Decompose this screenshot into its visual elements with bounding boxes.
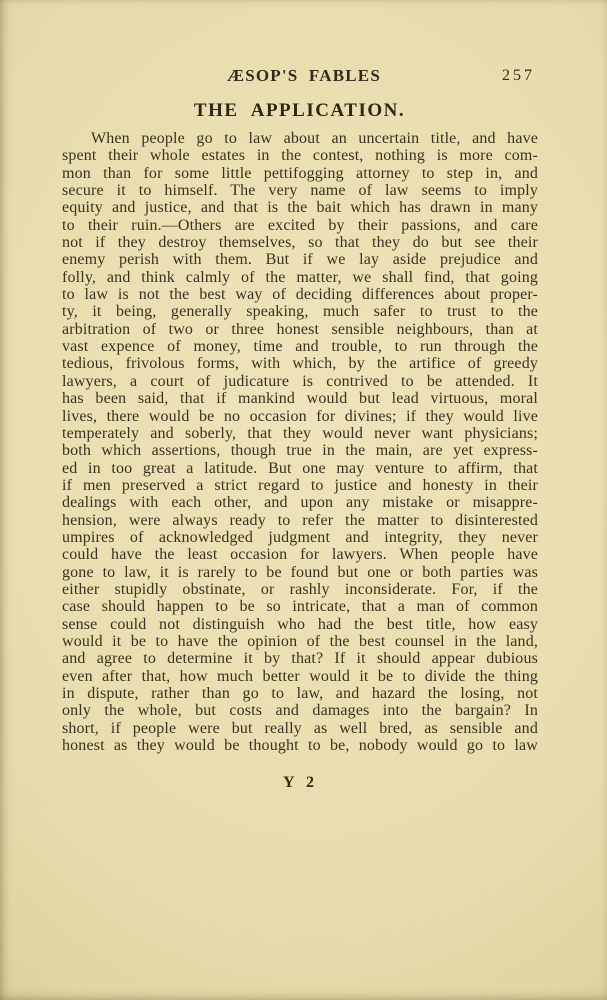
- text-line: even after that, how much better would i…: [62, 668, 538, 685]
- text-line: in dispute, rather than go to law, and h…: [62, 685, 538, 702]
- text-line: mon than for some little pettifogging at…: [62, 165, 538, 182]
- text-line: to law is not the best way of deciding d…: [62, 286, 538, 303]
- text-line: short, if people were but really as well…: [62, 720, 538, 737]
- body-text: When people go to law about an uncertain…: [62, 130, 538, 754]
- text-line: ty, it being, generally speaking, much s…: [62, 303, 538, 320]
- text-line: has been said, that if mankind would but…: [62, 390, 538, 407]
- text-line: and agree to determine it by that? If it…: [62, 650, 538, 667]
- text-line: could have the least occasion for lawyer…: [62, 546, 538, 563]
- text-line: temperately and soberly, that they would…: [62, 425, 538, 442]
- text-line: hension, were always ready to refer the …: [62, 512, 538, 529]
- text-line: dealings with each other, and upon any m…: [62, 494, 538, 511]
- text-line: equity and justice, and that is the bait…: [62, 199, 538, 216]
- text-line: sense could not distinguish who had the …: [62, 616, 538, 633]
- text-line: umpires of acknowledged judgment and int…: [62, 529, 538, 546]
- text-line: not if they destroy themselves, so that …: [62, 234, 538, 251]
- text-line: vast expence of money, time and trouble,…: [62, 338, 538, 355]
- text-line: secure it to himself. The very name of l…: [62, 182, 538, 199]
- text-line: if men preserved a strict regard to just…: [62, 477, 538, 494]
- text-line: ed in too great a latitude. But one may …: [62, 460, 538, 477]
- running-title: ÆSOP'S FABLES: [71, 66, 537, 86]
- text-line: only the whole, but costs and damages in…: [62, 702, 538, 719]
- text-line: arbitration of two or three honest sensi…: [62, 321, 538, 338]
- text-line: lives, there would be no occasion for di…: [62, 408, 538, 425]
- text-line: spent their whole estates in the contest…: [62, 147, 538, 164]
- text-line: either stupidly obstinate, or rashly inc…: [62, 581, 538, 598]
- text-line: folly, and think calmly of the matter, w…: [62, 269, 538, 286]
- text-line: honest as they would be thought to be, n…: [62, 737, 538, 754]
- page-number: 257: [502, 67, 535, 85]
- page-header: ÆSOP'S FABLES 257: [62, 66, 537, 88]
- book-page: ÆSOP'S FABLES 257 THE APPLICATION. When …: [0, 0, 607, 1000]
- section-title: THE APPLICATION.: [62, 100, 537, 122]
- text-line: tedious, frivolous forms, with which, by…: [62, 355, 538, 372]
- signature-mark: Y 2: [62, 774, 537, 792]
- text-line: gone to law, it is rarely to be found bu…: [62, 564, 538, 581]
- text-line: both which assertions, though true in th…: [62, 442, 538, 459]
- text-line: would it be to have the opinion of the b…: [62, 633, 538, 650]
- text-line: enemy perish with them. But if we lay as…: [62, 251, 538, 268]
- text-line: lawyers, a court of judicature is contri…: [62, 373, 538, 390]
- text-line: When people go to law about an uncertain…: [62, 130, 538, 147]
- text-line: case should happen to be so intricate, t…: [62, 598, 538, 615]
- text-line: to their ruin.—Others are excited by the…: [62, 217, 538, 234]
